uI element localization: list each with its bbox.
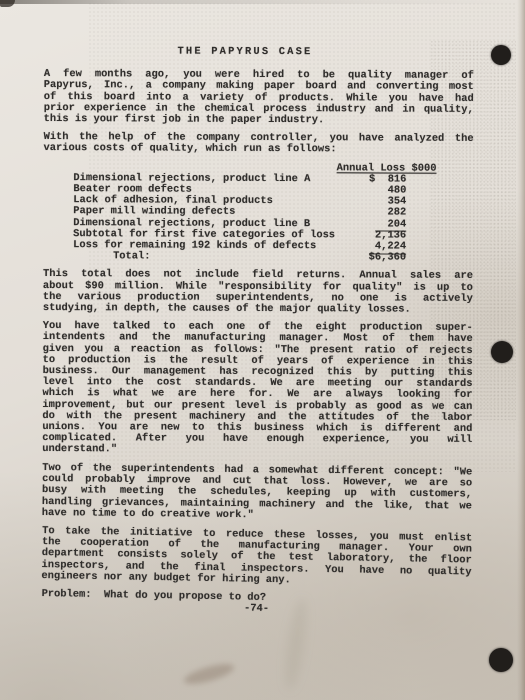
- page-right-edge-shadow: [517, 0, 525, 700]
- row-value: 282: [388, 208, 407, 219]
- table-row: Total:$6,360: [43, 251, 473, 264]
- row-value: $6,360: [369, 253, 406, 264]
- text-line: various costs of quality, which run as f…: [44, 143, 474, 156]
- photo-corner-mark: [0, 0, 15, 7]
- text-line: this is your first job in the paper indu…: [44, 114, 474, 127]
- document-photo: THE PAPYRUS CASE A few months ago, you w…: [0, 0, 525, 700]
- body-paragraphs: This total does not include field return…: [42, 269, 473, 583]
- paper-stain: [182, 660, 236, 688]
- hole-punch-dot: [491, 45, 511, 65]
- quality-cost-table: Annual Loss $000 Dimensional rejections,…: [43, 162, 473, 265]
- page-title: THE PAPYRUS CASE: [44, 46, 446, 59]
- page-content: THE PAPYRUS CASE A few months ago, you w…: [42, 44, 474, 613]
- paragraph: A few months ago, you were hired to be q…: [44, 69, 474, 127]
- intro-paragraphs: A few months ago, you were hired to be q…: [44, 69, 474, 156]
- row-label: Total:: [113, 250, 150, 262]
- text-line: understand.": [42, 444, 472, 457]
- paragraph: This total does not include field return…: [43, 269, 473, 316]
- text-line: studying, in depth, the causes of the ma…: [43, 303, 473, 316]
- photo-top-shadow: [0, 0, 525, 4]
- paragraph: Two of the superintendents had a somewha…: [42, 463, 473, 524]
- row-label: Loss for remaining 192 kinds of defects: [73, 239, 316, 252]
- paragraph: You have talked to each one of the eight…: [42, 321, 473, 457]
- paragraph: To take the initiative to reduce these l…: [41, 526, 472, 590]
- hole-punch-dot: [491, 341, 513, 363]
- paragraph: With the help of the company controller,…: [44, 132, 474, 156]
- hole-punch-dot: [489, 648, 513, 672]
